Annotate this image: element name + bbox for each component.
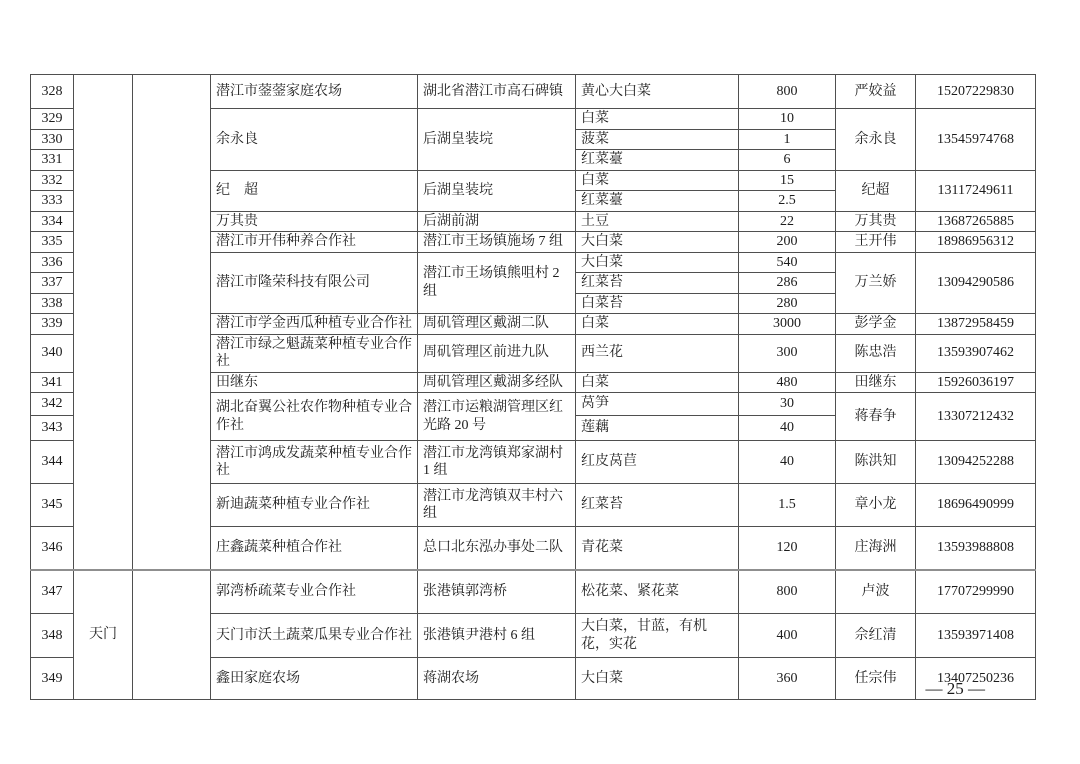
phone-cell: 15207229830 (916, 75, 1036, 109)
phone-cell: 13094290586 (916, 252, 1036, 314)
contact-name-cell: 庄海洲 (836, 527, 916, 570)
phone-cell: 13593907462 (916, 334, 1036, 372)
producer-cell: 湖北奋翼公社农作物种植专业合作社 (211, 393, 418, 441)
district-cell (133, 75, 211, 570)
row-number-cell: 332 (31, 170, 74, 191)
row-number-cell: 333 (31, 191, 74, 212)
phone-cell: 13307212432 (916, 393, 1036, 441)
vegetable-cell: 红菜薹 (576, 150, 739, 171)
address-cell: 潜江市龙湾镇双丰村六组 (418, 484, 576, 527)
quantity-cell: 6 (739, 150, 836, 171)
phone-cell: 13593971408 (916, 614, 1036, 658)
contact-name-cell: 万其贵 (836, 211, 916, 232)
contact-name-cell: 蒋春争 (836, 393, 916, 441)
producer-cell: 万其贵 (211, 211, 418, 232)
producer-cell: 潜江市绿之魁蔬菜种植专业合作社 (211, 334, 418, 372)
address-cell: 后湖前湖 (418, 211, 576, 232)
row-number-cell: 334 (31, 211, 74, 232)
vegetable-cell: 红菜苔 (576, 484, 739, 527)
row-number-cell: 346 (31, 527, 74, 570)
row-number-cell: 336 (31, 252, 74, 273)
producer-cell: 潜江市开伟种养合作社 (211, 232, 418, 253)
producer-cell: 郭湾桥疏菜专业合作社 (211, 570, 418, 614)
vegetable-cell: 莲藕 (576, 416, 739, 441)
address-cell: 后湖皇装垸 (418, 170, 576, 211)
contact-name-cell: 田继东 (836, 372, 916, 393)
vegetable-supply-table: 328潜江市蓥蓥家庭农场湖北省潜江市高石碑镇黄心大白菜800严姣益1520722… (30, 74, 1036, 700)
row-number-cell: 328 (31, 75, 74, 109)
row-number-cell: 330 (31, 129, 74, 150)
address-cell: 潜江市王场镇施场 7 组 (418, 232, 576, 253)
table-row: 328潜江市蓥蓥家庭农场湖北省潜江市高石碑镇黄心大白菜800严姣益1520722… (31, 75, 1036, 109)
address-cell: 周矶管理区戴湖二队 (418, 314, 576, 335)
contact-name-cell: 严姣益 (836, 75, 916, 109)
contact-name-cell: 万兰娇 (836, 252, 916, 314)
contact-name-cell: 陈洪知 (836, 441, 916, 484)
quantity-cell: 280 (739, 293, 836, 314)
vegetable-cell: 莴笋 (576, 393, 739, 416)
quantity-cell: 540 (739, 252, 836, 273)
vegetable-cell: 青花菜 (576, 527, 739, 570)
contact-name-cell: 章小龙 (836, 484, 916, 527)
row-number-cell: 345 (31, 484, 74, 527)
producer-cell: 余永良 (211, 109, 418, 171)
producer-cell: 庄鑫蔬菜种植合作社 (211, 527, 418, 570)
quantity-cell: 1.5 (739, 484, 836, 527)
quantity-cell: 22 (739, 211, 836, 232)
phone-cell: 13687265885 (916, 211, 1036, 232)
row-number-cell: 329 (31, 109, 74, 130)
row-number-cell: 339 (31, 314, 74, 335)
contact-name-cell: 彭学金 (836, 314, 916, 335)
vegetable-cell: 大白菜 (576, 252, 739, 273)
address-cell: 总口北东泓办事处二队 (418, 527, 576, 570)
phone-cell: 18696490999 (916, 484, 1036, 527)
contact-name-cell: 余永良 (836, 109, 916, 171)
phone-cell: 13117249611 (916, 170, 1036, 211)
vegetable-cell: 白菜 (576, 170, 739, 191)
row-number-cell: 344 (31, 441, 74, 484)
quantity-cell: 400 (739, 614, 836, 658)
vegetable-cell: 黄心大白菜 (576, 75, 739, 109)
vegetable-cell: 土豆 (576, 211, 739, 232)
phone-cell: 18986956312 (916, 232, 1036, 253)
quantity-cell: 3000 (739, 314, 836, 335)
page-number: — 25 — (0, 679, 1080, 699)
quantity-cell: 10 (739, 109, 836, 130)
phone-cell: 13094252288 (916, 441, 1036, 484)
contact-name-cell: 卢波 (836, 570, 916, 614)
phone-cell: 13872958459 (916, 314, 1036, 335)
quantity-cell: 40 (739, 441, 836, 484)
address-cell: 张港镇郭湾桥 (418, 570, 576, 614)
producer-cell: 田继东 (211, 372, 418, 393)
quantity-cell: 2.5 (739, 191, 836, 212)
quantity-cell: 200 (739, 232, 836, 253)
vegetable-cell: 西兰花 (576, 334, 739, 372)
contact-name-cell: 纪超 (836, 170, 916, 211)
quantity-cell: 15 (739, 170, 836, 191)
row-number-cell: 337 (31, 273, 74, 294)
row-number-cell: 347 (31, 570, 74, 614)
row-number-cell: 340 (31, 334, 74, 372)
address-cell: 湖北省潜江市高石碑镇 (418, 75, 576, 109)
producer-cell: 天门市沃土蔬菜瓜果专业合作社 (211, 614, 418, 658)
contact-name-cell: 陈忠浩 (836, 334, 916, 372)
quantity-cell: 800 (739, 570, 836, 614)
row-number-cell: 338 (31, 293, 74, 314)
producer-cell: 潜江市隆荣科技有限公司 (211, 252, 418, 314)
quantity-cell: 1 (739, 129, 836, 150)
producer-cell: 纪 超 (211, 170, 418, 211)
row-number-cell: 343 (31, 416, 74, 441)
vegetable-cell: 白菜 (576, 109, 739, 130)
row-number-cell: 331 (31, 150, 74, 171)
row-number-cell: 342 (31, 393, 74, 416)
row-number-cell: 335 (31, 232, 74, 253)
producer-cell: 潜江市学金西瓜种植专业合作社 (211, 314, 418, 335)
quantity-cell: 480 (739, 372, 836, 393)
address-cell: 周矶管理区前进九队 (418, 334, 576, 372)
quantity-cell: 120 (739, 527, 836, 570)
quantity-cell: 40 (739, 416, 836, 441)
row-number-cell: 348 (31, 614, 74, 658)
vegetable-cell: 红菜薹 (576, 191, 739, 212)
address-cell: 后湖皇装垸 (418, 109, 576, 171)
producer-cell: 新迪蔬菜种植专业合作社 (211, 484, 418, 527)
phone-cell: 13593988808 (916, 527, 1036, 570)
quantity-cell: 800 (739, 75, 836, 109)
vegetable-cell: 松花菜、紧花菜 (576, 570, 739, 614)
quantity-cell: 300 (739, 334, 836, 372)
phone-cell: 13545974768 (916, 109, 1036, 171)
vegetable-cell: 白菜苔 (576, 293, 739, 314)
table-row: 347天门郭湾桥疏菜专业合作社张港镇郭湾桥松花菜、紧花菜800卢波1770729… (31, 570, 1036, 614)
producer-cell: 潜江市鸿成发蔬菜种植专业合作社 (211, 441, 418, 484)
quantity-cell: 286 (739, 273, 836, 294)
document-page: 328潜江市蓥蓥家庭农场湖北省潜江市高石碑镇黄心大白菜800严姣益1520722… (0, 0, 1080, 764)
quantity-cell: 30 (739, 393, 836, 416)
vegetable-cell: 白菜 (576, 314, 739, 335)
address-cell: 潜江市运粮湖管理区红光路 20 号 (418, 393, 576, 441)
vegetable-cell: 大白菜，甘蓝，有机花，实花 (576, 614, 739, 658)
address-cell: 潜江市龙湾镇郑家湖村 1 组 (418, 441, 576, 484)
address-cell: 潜江市王场镇熊咀村 2 组 (418, 252, 576, 314)
vegetable-cell: 红皮莴苣 (576, 441, 739, 484)
address-cell: 张港镇尹港村 6 组 (418, 614, 576, 658)
row-number-cell: 341 (31, 372, 74, 393)
producer-cell: 潜江市蓥蓥家庭农场 (211, 75, 418, 109)
contact-name-cell: 王开伟 (836, 232, 916, 253)
phone-cell: 17707299990 (916, 570, 1036, 614)
vegetable-cell: 白菜 (576, 372, 739, 393)
address-cell: 周矶管理区戴湖多经队 (418, 372, 576, 393)
vegetable-cell: 大白菜 (576, 232, 739, 253)
city-cell (74, 75, 133, 570)
phone-cell: 15926036197 (916, 372, 1036, 393)
contact-name-cell: 佘红清 (836, 614, 916, 658)
vegetable-cell: 红菜苔 (576, 273, 739, 294)
vegetable-cell: 菠菜 (576, 129, 739, 150)
